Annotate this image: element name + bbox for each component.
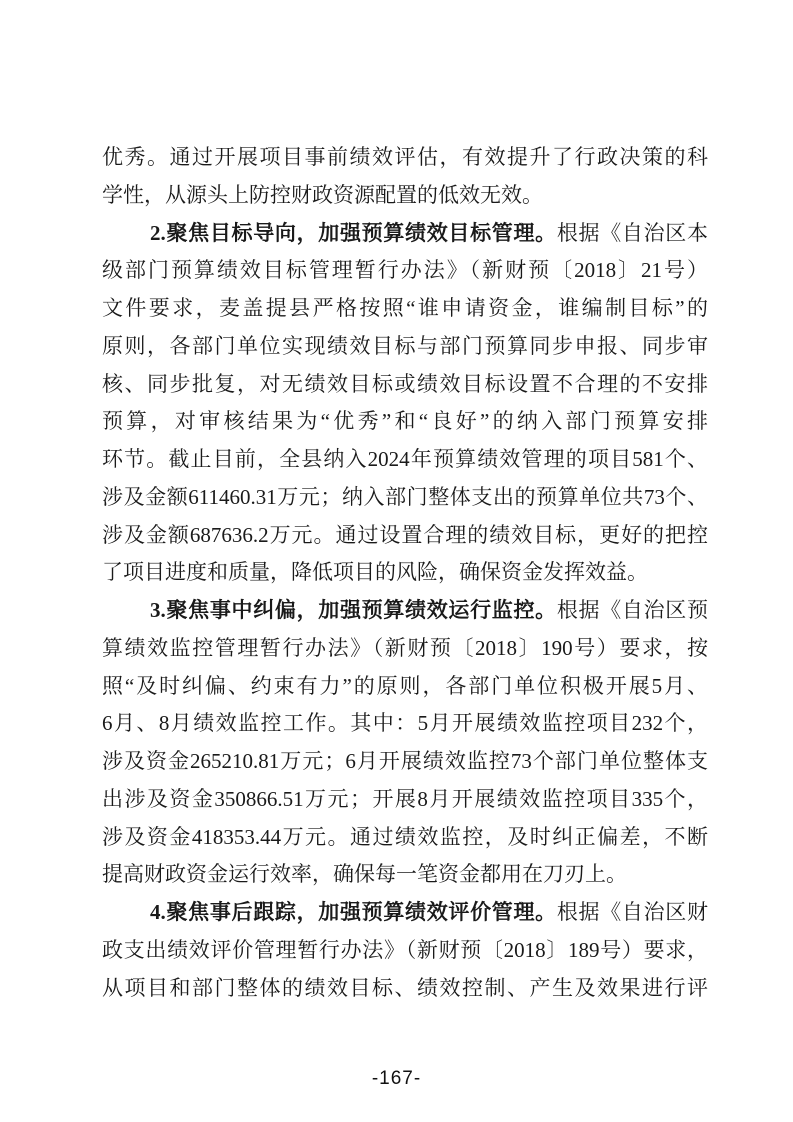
text-run: 学性，从源头上防控财政资源配置的低效无效。 — [102, 183, 543, 207]
text-line: 环节。截止目前，全县纳入2024年预算绩效管理的项目581个、 — [102, 441, 708, 479]
text-run: 核、同步批复，对无绩效目标或绩效目标设置不合理的不安排 — [102, 372, 708, 396]
text-run: 涉及金额611460.31万元；纳入部门整体支出的预算单位共73个、 — [102, 485, 708, 509]
heading-run: 4.聚焦事后跟踪，加强预算绩效评价管理。 — [150, 900, 557, 924]
text-run: 环节。截止目前，全县纳入2024年预算绩效管理的项目581个、 — [102, 447, 708, 471]
text-line: 涉及金额687636.2万元。通过设置合理的绩效目标，更好的把控 — [102, 517, 708, 555]
text-run: 算绩效监控管理暂行办法》（新财预〔2018〕190号）要求，按 — [102, 636, 708, 660]
text-line: 预算，对审核结果为“优秀”和“良好”的纳入部门预算安排 — [102, 403, 708, 441]
text-line: 学性，从源头上防控财政资源配置的低效无效。 — [102, 177, 708, 215]
heading-line: 4.聚焦事后跟踪，加强预算绩效评价管理。根据《自治区财 — [102, 894, 708, 932]
heading-line: 3.聚焦事中纠偏，加强预算绩效运行监控。根据《自治区预 — [102, 592, 708, 630]
page-number: -167- — [0, 1068, 793, 1090]
text-line: 涉及资金418353.44万元。通过绩效监控，及时纠正偏差，不断 — [102, 819, 708, 857]
text-run: 优秀。通过开展项目事前绩效评估，有效提升了行政决策的科 — [102, 145, 708, 169]
text-run: 原则，各部门单位实现绩效目标与部门预算同步申报、同步审 — [102, 334, 708, 358]
text-run: 预算，对审核结果为“优秀”和“良好”的纳入部门预算安排 — [102, 409, 708, 433]
text-run: 涉及资金265210.81万元；6月开展绩效监控73个部门单位整体支 — [102, 749, 708, 773]
text-line: 涉及资金265210.81万元；6月开展绩效监控73个部门单位整体支 — [102, 743, 708, 781]
text-run: 6月、8月绩效监控工作。其中：5月开展绩效监控项目232个， — [102, 711, 708, 735]
text-line: 优秀。通过开展项目事前绩效评估，有效提升了行政决策的科 — [102, 139, 708, 177]
document-body: 优秀。通过开展项目事前绩效评估，有效提升了行政决策的科学性，从源头上防控财政资源… — [102, 139, 708, 1007]
text-line: 出涉及资金350866.51万元；开展8月开展绩效监控项目335个， — [102, 781, 708, 819]
text-line: 政支出绩效评价管理暂行办法》（新财预〔2018〕189号）要求， — [102, 932, 708, 970]
text-run: 提高财政资金运行效率，确保每一笔资金都用在刀刃上。 — [102, 862, 627, 886]
text-run: 出涉及资金350866.51万元；开展8月开展绩效监控项目335个， — [102, 787, 708, 811]
text-line: 原则，各部门单位实现绩效目标与部门预算同步申报、同步审 — [102, 328, 708, 366]
text-run: 级部门预算绩效目标管理暂行办法》（新财预〔2018〕21号） — [102, 258, 708, 282]
text-run: 涉及金额687636.2万元。通过设置合理的绩效目标，更好的把控 — [102, 523, 708, 547]
text-line: 从项目和部门整体的绩效目标、绩效控制、产生及效果进行评 — [102, 970, 708, 1008]
text-line: 了项目进度和质量，降低项目的风险，确保资金发挥效益。 — [102, 554, 708, 592]
text-run: 了项目进度和质量，降低项目的风险，确保资金发挥效益。 — [102, 560, 648, 584]
text-run: 根据《自治区本 — [557, 221, 708, 245]
document-page: 优秀。通过开展项目事前绩效评估，有效提升了行政决策的科学性，从源头上防控财政资源… — [0, 0, 793, 1122]
heading-run: 3.聚焦事中纠偏，加强预算绩效运行监控。 — [150, 598, 557, 622]
text-line: 文件要求，麦盖提县严格按照“谁申请资金，谁编制目标”的 — [102, 290, 708, 328]
heading-run: 2.聚焦目标导向，加强预算绩效目标管理。 — [150, 221, 557, 245]
text-run: 根据《自治区预 — [557, 598, 708, 622]
text-line: 算绩效监控管理暂行办法》（新财预〔2018〕190号）要求，按 — [102, 630, 708, 668]
text-run: 涉及资金418353.44万元。通过绩效监控，及时纠正偏差，不断 — [102, 825, 708, 849]
text-run: 从项目和部门整体的绩效目标、绩效控制、产生及效果进行评 — [102, 976, 708, 1000]
text-line: 提高财政资金运行效率，确保每一笔资金都用在刀刃上。 — [102, 856, 708, 894]
text-line: 涉及金额611460.31万元；纳入部门整体支出的预算单位共73个、 — [102, 479, 708, 517]
text-line: 照“及时纠偏、约束有力”的原则，各部门单位积极开展5月、 — [102, 668, 708, 706]
text-run: 照“及时纠偏、约束有力”的原则，各部门单位积极开展5月、 — [102, 674, 708, 698]
text-run: 政支出绩效评价管理暂行办法》（新财预〔2018〕189号）要求， — [102, 938, 708, 962]
text-line: 级部门预算绩效目标管理暂行办法》（新财预〔2018〕21号） — [102, 252, 708, 290]
text-run: 根据《自治区财 — [557, 900, 708, 924]
heading-line: 2.聚焦目标导向，加强预算绩效目标管理。根据《自治区本 — [102, 215, 708, 253]
text-line: 6月、8月绩效监控工作。其中：5月开展绩效监控项目232个， — [102, 705, 708, 743]
text-line: 核、同步批复，对无绩效目标或绩效目标设置不合理的不安排 — [102, 366, 708, 404]
text-run: 文件要求，麦盖提县严格按照“谁申请资金，谁编制目标”的 — [102, 296, 708, 320]
